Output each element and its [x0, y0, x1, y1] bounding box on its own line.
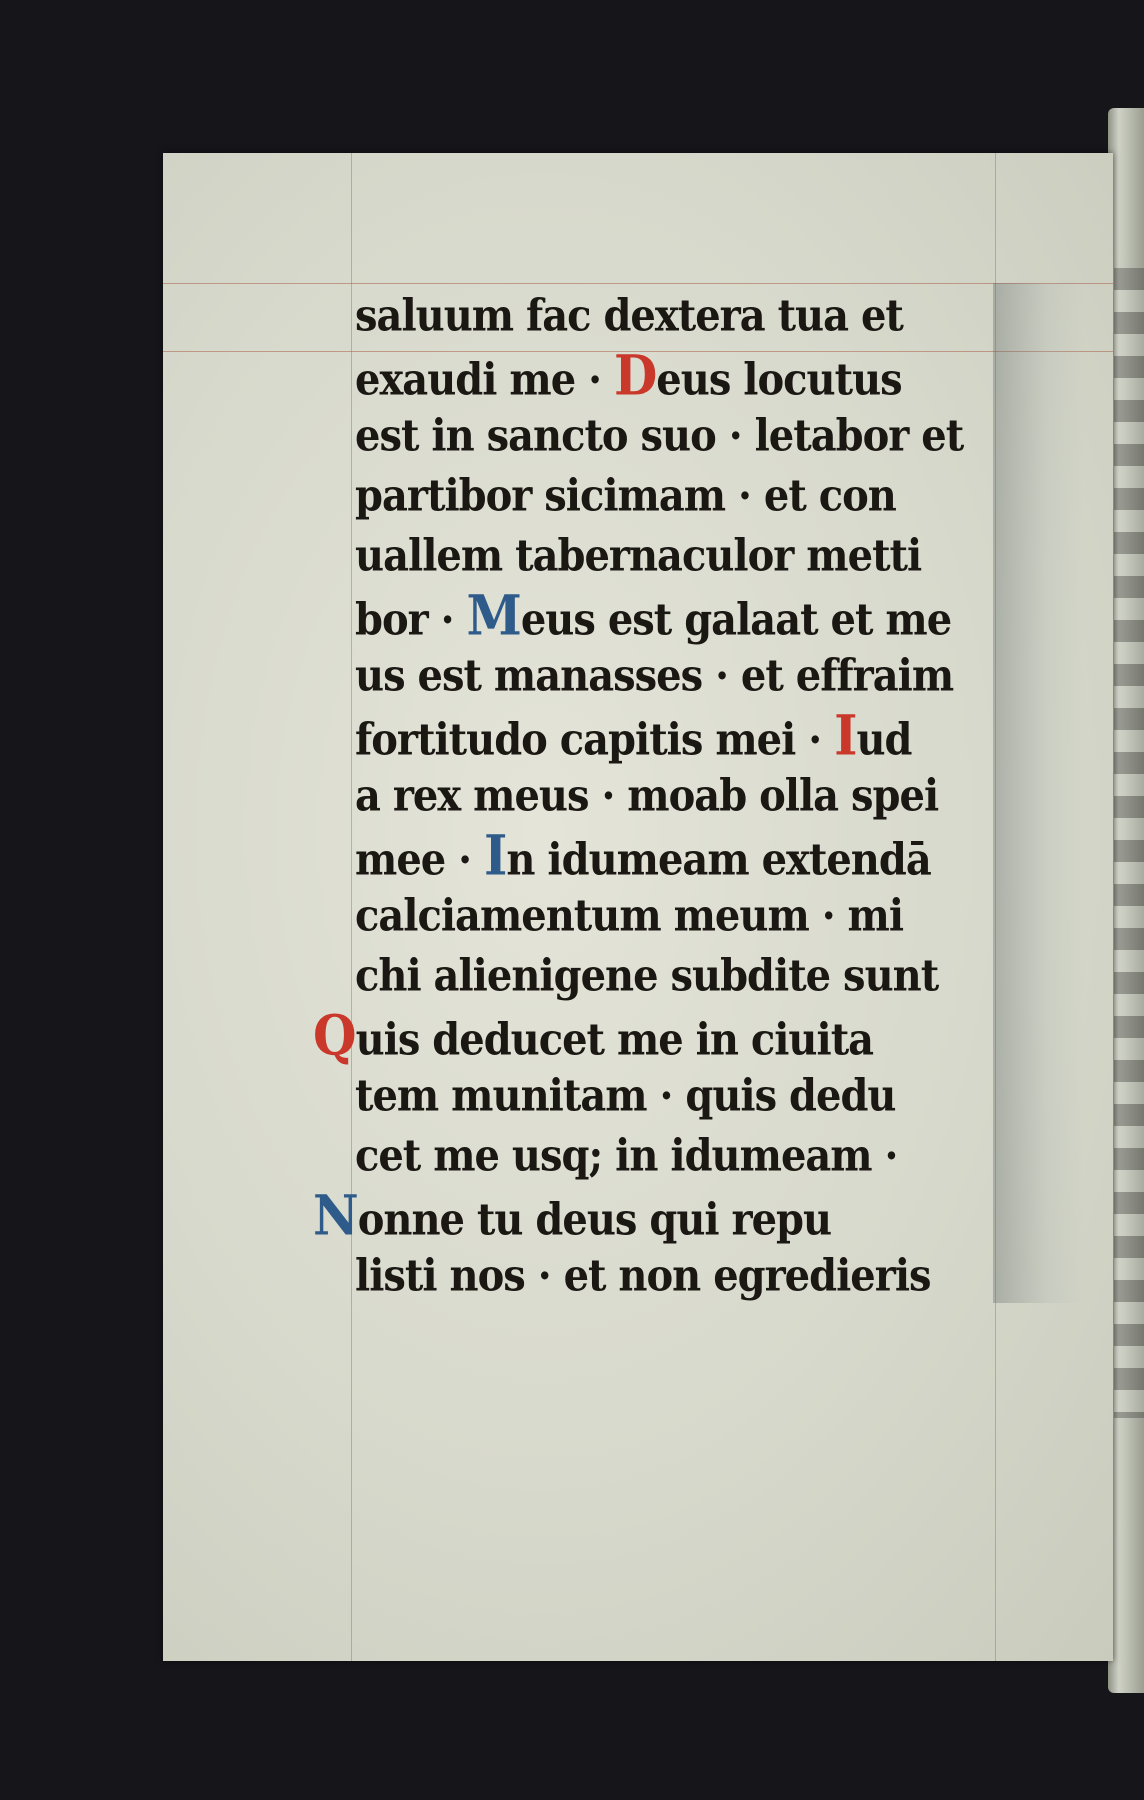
text-line-4: partibor sicimam · et con [355, 463, 1085, 529]
text-line-3: est in sancto suo · letabor et [355, 403, 1085, 469]
line-text: tem munitam · quis dedu [355, 1070, 896, 1122]
red-initial: Q [313, 1003, 356, 1068]
line-text: uis deducet me in ciuita [356, 1014, 874, 1066]
text-line-2: exaudi me · Deus locutus [355, 343, 1085, 409]
line-text: saluum fac dextera tua et [355, 290, 903, 342]
line-text: a rex meus · moab olla spei [355, 770, 938, 822]
line-text: ud [856, 714, 911, 766]
ruling-left [351, 153, 352, 1661]
blue-initial: N [313, 1183, 358, 1248]
text-line-14: tem munitam · quis dedu [355, 1063, 1085, 1129]
line-text: uallem tabernaculor metti [355, 530, 921, 582]
line-text: cet me usq; in idumeam · [355, 1130, 897, 1182]
text-line-1: saluum fac dextera tua et [355, 283, 1085, 349]
line-text: onne tu deus qui repu [358, 1194, 831, 1246]
text-line-9: a rex meus · moab olla spei [355, 763, 1085, 829]
text-line-15: cet me usq; in idumeam · [355, 1123, 1085, 1189]
line-text: chi alienigene subdite sunt [355, 950, 938, 1002]
text-line-10: mee · In idumeam extendā [355, 823, 1085, 889]
text-line-7: us est manasses · et effraim [355, 643, 1085, 709]
line-pre: fortitudo capitis mei · [355, 714, 834, 766]
text-line-12: chi alienigene subdite sunt [355, 943, 1085, 1009]
blue-initial: I [484, 823, 506, 888]
line-text: eus est galaat et me [521, 594, 951, 646]
text-line-6: bor · Meus est galaat et me [355, 583, 1085, 649]
line-text: n idumeam extendā [506, 834, 930, 886]
blue-initial: M [467, 583, 521, 648]
line-text: partibor sicimam · et con [355, 470, 896, 522]
text-line-13: Quis deducet me in ciuita [313, 1003, 1085, 1069]
text-line-11: calciamentum meum · mi [355, 883, 1085, 949]
adjacent-leaf-edge [1108, 108, 1144, 1693]
text-line-16: Nonne tu deus qui repu [313, 1183, 1085, 1249]
red-initial: I [834, 703, 856, 768]
line-text: eus locutus [656, 354, 901, 406]
line-text: listi nos · et non egredieris [355, 1250, 931, 1302]
line-pre: mee · [355, 834, 484, 886]
line-pre: bor · [355, 594, 467, 646]
text-block: saluum fac dextera tua et exaudi me · De… [355, 286, 1085, 1306]
line-text: calciamentum meum · mi [355, 890, 903, 942]
text-line-5: uallem tabernaculor metti [355, 523, 1085, 589]
manuscript-page: saluum fac dextera tua et exaudi me · De… [163, 153, 1113, 1661]
line-text: us est manasses · et effraim [355, 650, 953, 702]
text-line-17: listi nos · et non egredieris [355, 1243, 1085, 1309]
text-line-8: fortitudo capitis mei · Iud [355, 703, 1085, 769]
red-initial: D [614, 343, 656, 408]
line-pre: exaudi me · [355, 354, 614, 406]
line-text: est in sancto suo · letabor et [355, 410, 963, 462]
